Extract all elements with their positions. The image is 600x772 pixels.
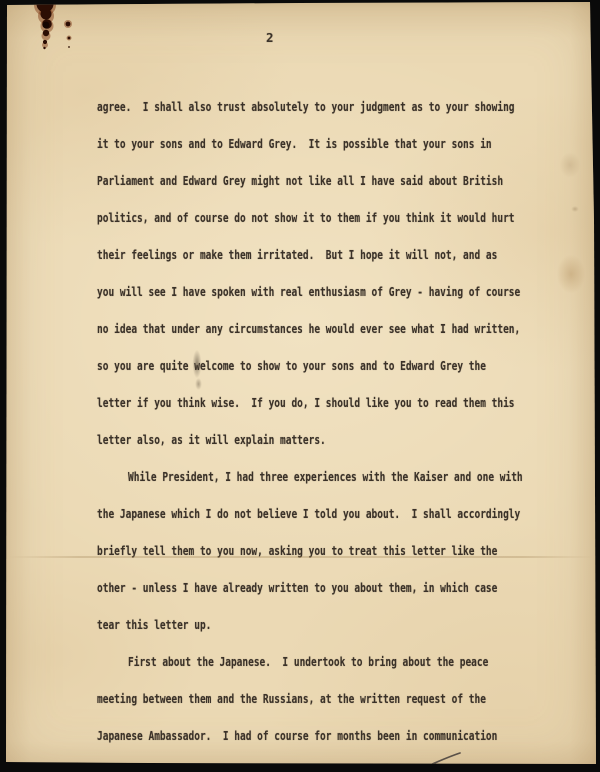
typed-line: it to your sons and to Edward Grey. It i… xyxy=(97,125,567,162)
typed-line: briefly tell them to you now, asking you… xyxy=(97,532,567,569)
paper-crease xyxy=(8,556,594,558)
page-number: 2 xyxy=(266,30,274,45)
typed-line: Parliament and Edward Grey might not lik… xyxy=(97,162,567,199)
ink-smudge xyxy=(194,376,203,392)
typed-line: letter if you think wise. If you do, I s… xyxy=(97,384,567,421)
stain-blotch xyxy=(552,248,590,300)
typed-line: so you are quite welcome to show to your… xyxy=(97,347,567,384)
letter-body: agree. I shall also trust absolutely to … xyxy=(97,88,567,754)
typed-line: agree. I shall also trust absolutely to … xyxy=(97,88,567,125)
typed-line: tear this letter up. xyxy=(97,606,567,643)
stain-blotch xyxy=(556,148,584,182)
typed-line: no idea that under any circumstances he … xyxy=(97,310,567,347)
typed-line: the Japanese which I do not believe I to… xyxy=(97,495,567,532)
typed-line: politics, and of course do not show it t… xyxy=(97,199,567,236)
typed-line: other - unless I have already written to… xyxy=(97,569,567,606)
typed-line: Japanese Ambassador. I had of course for… xyxy=(97,717,567,754)
typed-line-paragraph-start: First about the Japanese. I undertook to… xyxy=(97,643,567,680)
ink-stain xyxy=(24,0,88,64)
pencil-mark xyxy=(424,747,466,769)
typed-line: letter also, as it will explain matters. xyxy=(97,421,567,458)
typed-line: meeting between them and the Russians, a… xyxy=(97,680,567,717)
paper-sheet: 2 agree. I shall also trust absolutely t… xyxy=(0,0,600,772)
stain-speck xyxy=(570,205,580,213)
typed-line: you will see I have spoken with real ent… xyxy=(97,273,567,310)
typed-line-paragraph-start: While President, I had three experiences… xyxy=(97,458,567,495)
typed-line: their feelings or make them irritated. B… xyxy=(97,236,567,273)
scanned-letter-page: 2 agree. I shall also trust absolutely t… xyxy=(0,0,600,772)
